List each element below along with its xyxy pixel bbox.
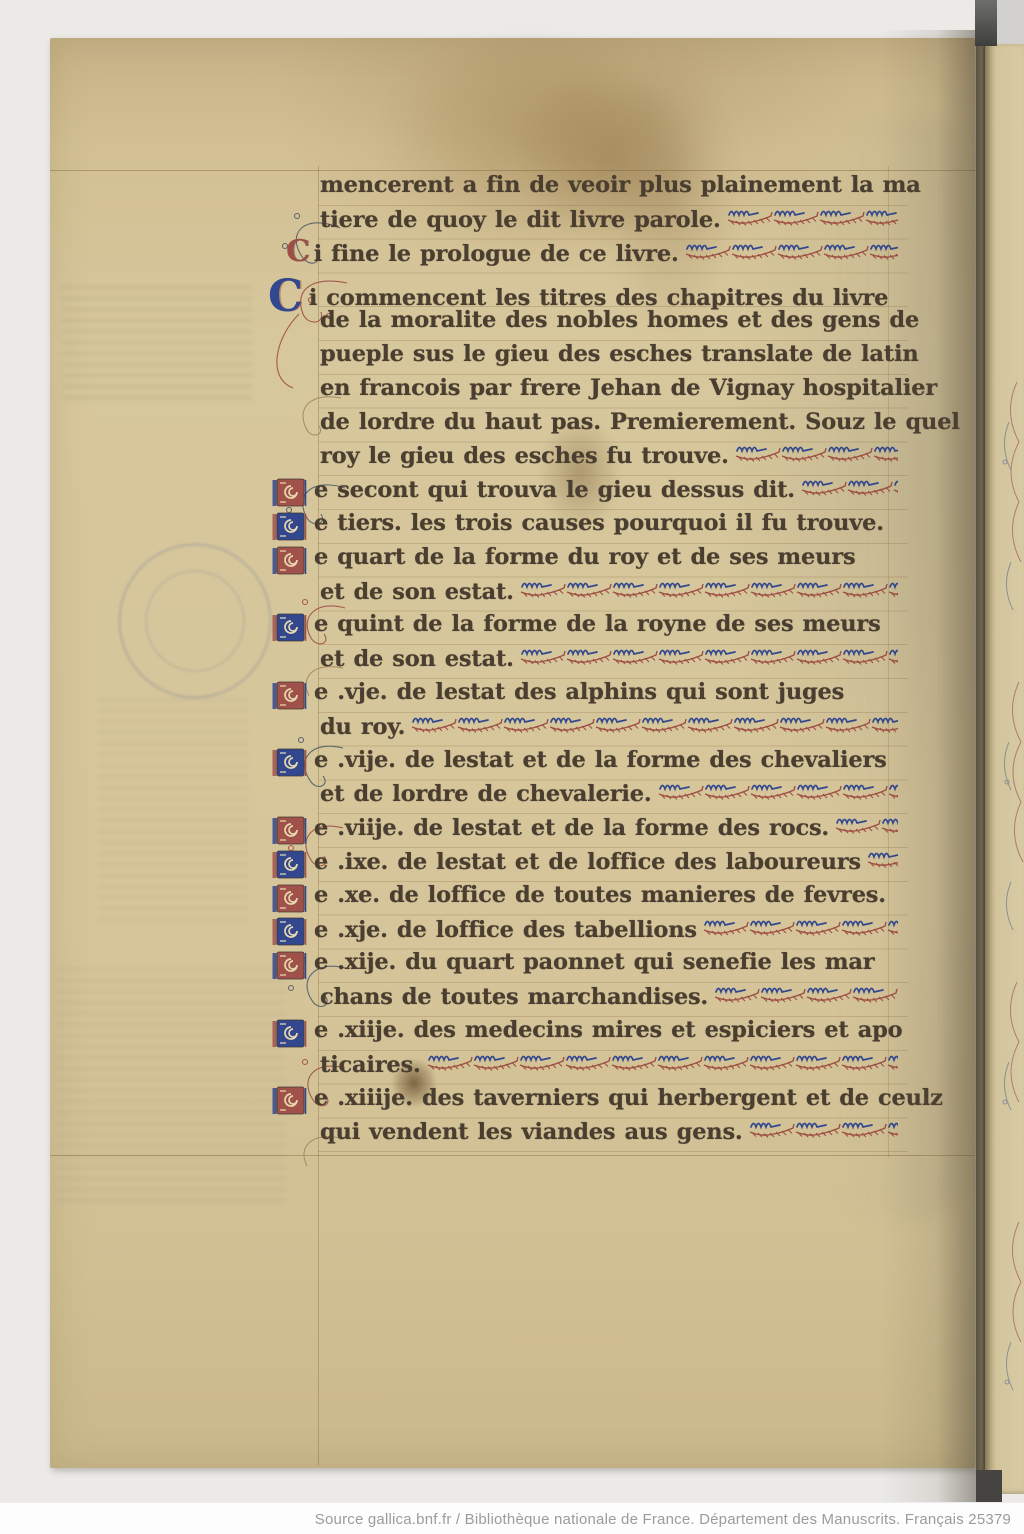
scan-viewport: mencerent a fin de veoir plus plainement…	[0, 0, 1024, 1502]
manuscript-line: Ci commencent les titres des chapitres d…	[320, 273, 898, 307]
manuscript-line: de la moralite des nobles homes et des g…	[320, 307, 898, 341]
line-text: pueple sus le gieu des esches translate …	[320, 341, 918, 367]
decorated-initial-blue	[272, 917, 308, 947]
line-text: e .ixe. de lestat et de loffice des labo…	[314, 849, 861, 875]
line-text: e quart de la forme du roy et de ses meu…	[314, 544, 855, 570]
decorated-initial-red	[272, 546, 308, 576]
manuscript-line: qui vendent les viandes aus gens.	[320, 1118, 898, 1152]
manuscript-line: e .vije. de lestat et de la forme des ch…	[320, 747, 898, 781]
binding-top	[975, 0, 997, 46]
line-filler-icon	[685, 240, 898, 262]
decorated-initial-red	[272, 681, 308, 711]
show-through	[62, 286, 252, 404]
line-filler-icon	[714, 983, 898, 1005]
manuscript-line: et de son estat.	[320, 645, 898, 679]
line-text: qui vendent les viandes aus gens.	[320, 1119, 743, 1145]
manuscript-line: mencerent a fin de veoir plus plainement…	[320, 172, 898, 206]
line-text: en francois par frere Jehan de Vignay ho…	[320, 375, 937, 401]
manuscript-line: e .ixe. de lestat et de loffice des labo…	[320, 848, 898, 882]
line-text: i fine le prologue de ce livre.	[314, 241, 679, 267]
line-filler-icon	[703, 916, 898, 938]
decorated-initial-blue: C	[268, 279, 303, 314]
line-text: e .xije. du quart paonnet qui senefie le…	[314, 949, 874, 975]
credit-text: Source gallica.bnf.fr / Bibliothèque nat…	[315, 1511, 1024, 1528]
manuscript-line: du roy.	[320, 713, 898, 747]
manuscript-line: roy le gieu des esches fu trouve.	[320, 442, 898, 476]
line-text: e .xiiije. des taverniers qui herbergent…	[314, 1085, 943, 1111]
line-text: et de son estat.	[320, 646, 514, 672]
decorated-initial-blue	[272, 1019, 308, 1049]
line-text: roy le gieu des esches fu trouve.	[320, 443, 729, 469]
decorated-initial-red	[272, 884, 308, 914]
manuscript-line: e .xe. de loffice de toutes manieres de …	[320, 882, 898, 916]
manuscript-line: Ci fine le prologue de ce livre.	[320, 240, 898, 274]
decorated-initial-red	[272, 951, 308, 981]
line-text: de lordre du haut pas. Premierement. Sou…	[320, 409, 960, 435]
line-filler-icon	[520, 578, 898, 600]
line-text: e .viije. de lestat et de la forme des r…	[314, 815, 829, 841]
decorated-initial-blue	[272, 748, 308, 778]
facing-page-edge	[985, 42, 1024, 1494]
decorated-initial-red	[272, 816, 308, 846]
line-text: et de son estat.	[320, 579, 514, 605]
text-block: mencerent a fin de veoir plus plainement…	[320, 172, 898, 1152]
manuscript-line: e .xje. de loffice des tabellions	[320, 916, 898, 950]
line-text: e .xje. de loffice des tabellions	[314, 917, 697, 943]
line-text: du roy.	[320, 714, 405, 740]
line-text: tiere de quoy le dit livre parole.	[320, 207, 721, 233]
manuscript-line: e .xije. du quart paonnet qui senefie le…	[320, 949, 898, 983]
manuscript-line: e .viije. de lestat et de la forme des r…	[320, 814, 898, 848]
line-text: e .xe. de loffice de toutes manieres de …	[314, 882, 886, 908]
decorated-initial-blue	[272, 850, 308, 880]
line-text: chans de toutes marchandises.	[320, 984, 708, 1010]
binding-fold	[976, 36, 985, 1502]
manuscript-line: e tiers. les trois causes pourquoi il fu…	[320, 510, 898, 544]
gutter-shadow	[880, 30, 983, 1502]
manuscript-line: e quint de la forme de la royne de ses m…	[320, 611, 898, 645]
line-text: de la moralite des nobles homes et des g…	[320, 307, 919, 333]
decorated-initial-red: C	[286, 240, 310, 264]
library-stamp-icon	[118, 543, 272, 699]
binding-bottom	[976, 1470, 1002, 1502]
manuscript-line: e quart de la forme du roy et de ses meu…	[320, 544, 898, 578]
show-through	[98, 698, 248, 928]
line-text: mencerent a fin de veoir plus plainement…	[320, 172, 921, 198]
line-text: e .xiije. des medecins mires et espicier…	[314, 1017, 902, 1043]
line-text: et de lordre de chevalerie.	[320, 781, 652, 807]
line-filler-icon	[411, 713, 898, 735]
line-filler-icon	[735, 442, 898, 464]
line-text: e .vije. de lestat et de la forme des ch…	[314, 747, 887, 773]
credit-bar: Source gallica.bnf.fr / Bibliothèque nat…	[0, 1502, 1024, 1534]
line-text: e tiers. les trois causes pourquoi il fu…	[314, 510, 884, 536]
manuscript-line: e secont qui trouva le gieu dessus dit.	[320, 476, 898, 510]
line-text: e .vje. de lestat des alphins qui sont j…	[314, 679, 844, 705]
backdrop-corner	[997, 0, 1024, 44]
line-filler-icon	[427, 1051, 898, 1073]
line-filler-icon	[727, 206, 898, 228]
manuscript-page: mencerent a fin de veoir plus plainement…	[50, 38, 975, 1468]
show-through	[56, 968, 286, 1208]
manuscript-line: en francois par frere Jehan de Vignay ho…	[320, 375, 898, 409]
line-text: e quint de la forme de la royne de ses m…	[314, 611, 881, 637]
manuscript-line: de lordre du haut pas. Premierement. Sou…	[320, 409, 898, 443]
manuscript-line: pueple sus le gieu des esches translate …	[320, 341, 898, 375]
manuscript-line: et de lordre de chevalerie.	[320, 780, 898, 814]
line-filler-icon	[520, 645, 898, 667]
line-filler-icon	[749, 1118, 898, 1140]
manuscript-line: ticaires.	[320, 1051, 898, 1085]
manuscript-line: e .xiije. des medecins mires et espicier…	[320, 1017, 898, 1051]
decorated-initial-blue	[272, 613, 308, 643]
line-text: e secont qui trouva le gieu dessus dit.	[314, 477, 795, 503]
decorated-initial-red	[272, 1086, 308, 1116]
line-text: ticaires.	[320, 1052, 421, 1078]
manuscript-line: et de son estat.	[320, 578, 898, 612]
manuscript-line: e .vje. de lestat des alphins qui sont j…	[320, 679, 898, 713]
decorated-initial-red	[272, 478, 308, 508]
decorated-initial-blue	[272, 512, 308, 542]
ruling-line	[50, 170, 975, 171]
manuscript-line: chans de toutes marchandises.	[320, 983, 898, 1017]
manuscript-line: e .xiiije. des taverniers qui herbergent…	[320, 1085, 898, 1119]
facing-page-flourishes-icon	[987, 42, 1024, 1494]
manuscript-line: tiere de quoy le dit livre parole.	[320, 206, 898, 240]
line-filler-icon	[658, 780, 899, 802]
